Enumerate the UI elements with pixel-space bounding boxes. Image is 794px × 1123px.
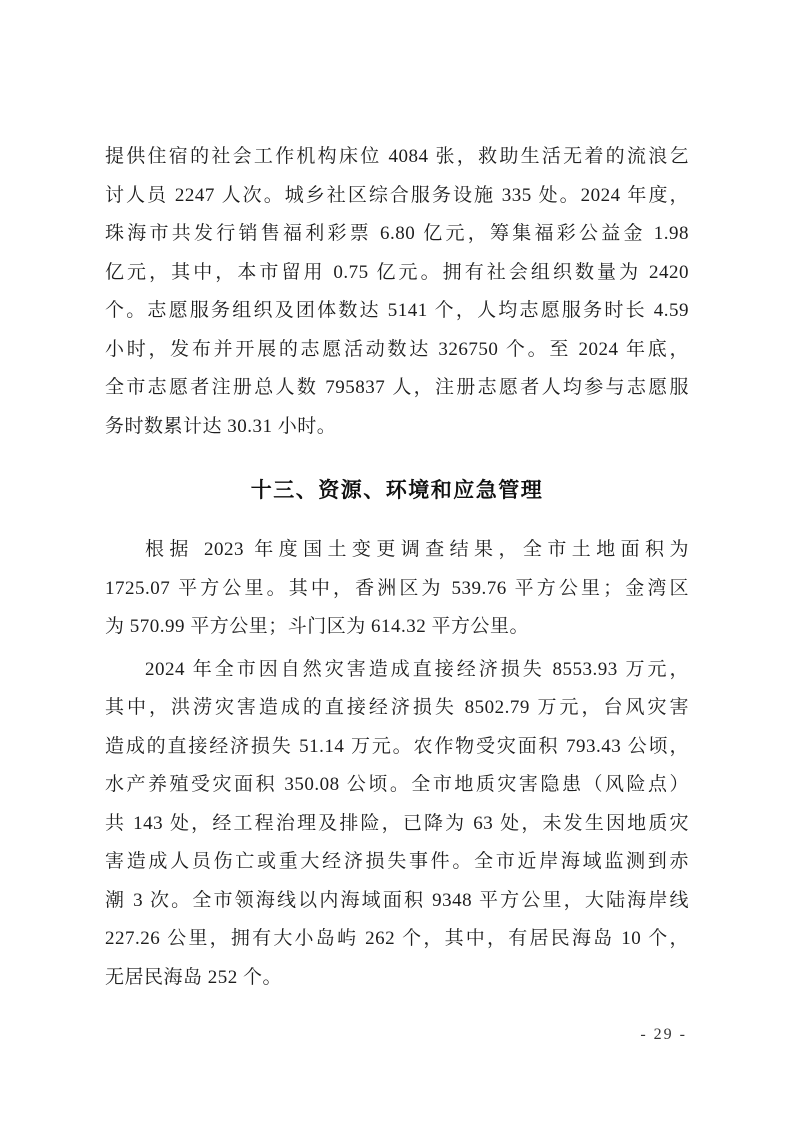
page-content: 提供住宿的社会工作机构床位 4084 张，救助生活无着的流浪乞 讨人员 2247… — [105, 138, 689, 997]
text-line: 亿元，其中，本市留用 0.75 亿元。拥有社会组织数量为 2420 — [105, 254, 689, 293]
text-line: 珠海市共发行销售福利彩票 6.80 亿元，筹集福彩公益金 1.98 — [105, 215, 689, 254]
text-line: 1725.07 平方公里。其中，香洲区为 539.76 平方公里；金湾区 — [105, 570, 689, 609]
text-line: 共 143 处，经工程治理及排险，已降为 63 处，未发生因地质灾 — [105, 805, 689, 844]
text-line: 2024 年全市因自然灾害造成直接经济损失 8553.93 万元， — [105, 651, 689, 690]
text-line: 根据 2023 年度国土变更调查结果，全市土地面积为 — [105, 531, 689, 570]
text-line: 潮 3 次。全市领海线以内海域面积 9348 平方公里，大陆海岸线 — [105, 882, 689, 921]
text-line: 造成的直接经济损失 51.14 万元。农作物受灾面积 793.43 公顷， — [105, 728, 689, 767]
section-heading: 十三、资源、环境和应急管理 — [105, 480, 689, 502]
text-line: 无居民海岛 252 个。 — [105, 959, 689, 998]
text-line: 害造成人员伤亡或重大经济损失事件。全市近岸海域监测到赤 — [105, 843, 689, 882]
text-line: 讨人员 2247 人次。城乡社区综合服务设施 335 处。2024 年度， — [105, 177, 689, 216]
text-line: 水产养殖受灾面积 350.08 公顷。全市地质灾害隐患（风险点） — [105, 766, 689, 805]
text-line: 小时，发布并开展的志愿活动数达 326750 个。至 2024 年底， — [105, 331, 689, 370]
document-page: 提供住宿的社会工作机构床位 4084 张，救助生活无着的流浪乞 讨人员 2247… — [0, 0, 794, 1123]
page-number: - 29 - — [640, 1026, 687, 1044]
text-line: 227.26 公里，拥有大小岛屿 262 个，其中，有居民海岛 10 个， — [105, 920, 689, 959]
text-line: 个。志愿服务组织及团体数达 5141 个，人均志愿服务时长 4.59 — [105, 292, 689, 331]
text-line: 务时数累计达 30.31 小时。 — [105, 408, 689, 447]
text-line: 为 570.99 平方公里；斗门区为 614.32 平方公里。 — [105, 608, 689, 647]
text-line: 其中，洪涝灾害造成的直接经济损失 8502.79 万元，台风灾害 — [105, 689, 689, 728]
text-line: 提供住宿的社会工作机构床位 4084 张，救助生活无着的流浪乞 — [105, 138, 689, 177]
text-line: 全市志愿者注册总人数 795837 人，注册志愿者人均参与志愿服 — [105, 369, 689, 408]
